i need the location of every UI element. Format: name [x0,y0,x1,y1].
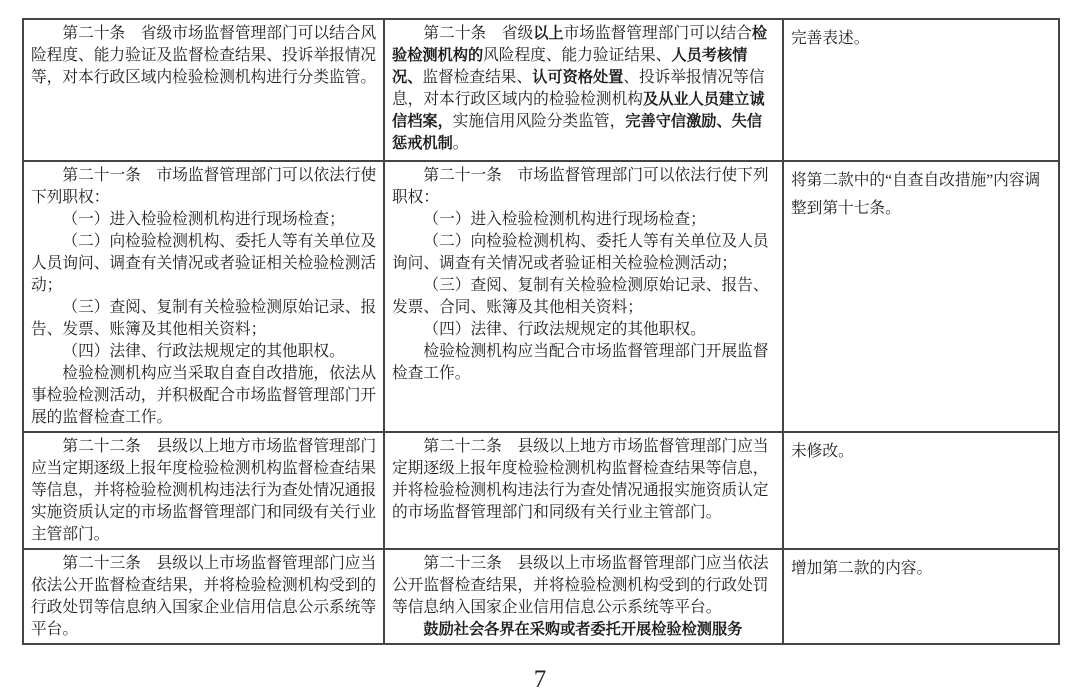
old-text-cell: 第二十二条 县级以上地方市场监督管理部门应当定期逐级上报年度检验检测机构监督检查… [23,432,384,549]
paragraph: （三）查阅、复制有关检验检测原始记录、报告、发票、账簿及其他相关资料； [31,297,378,341]
paragraph: 完善表述。 [791,23,1053,53]
paragraph: 第二十条 省级以上市场监督管理部门可以结合检验检测机构的风险程度、能力验证结果、… [392,23,777,155]
revised-text-cell: 第二十一条 市场监督管理部门可以依法行使下列职权：（一）进入检验检测机构进行现场… [384,161,783,432]
paragraph: 第二十一条 市场监督管理部门可以依法行使下列职权： [392,165,777,209]
table-row-article-21: 第二十一条 市场监督管理部门可以依法行使下列职权：（一）进入检验检测机构进行现场… [23,161,1059,432]
revised-text-cell: 第二十三条 县级以上市场监督管理部门应当依法公开监督检查结果，并将检验检测机构受… [384,549,783,644]
paragraph: （二）向检验检测机构、委托人等有关单位及人员询问、调查有关情况或者验证相关检验检… [392,231,777,275]
revision-note-cell: 增加第二款的内容。 [783,549,1059,644]
paragraph: 第二十一条 市场监督管理部门可以依法行使下列职权： [31,165,378,209]
paragraph: 第二十二条 县级以上地方市场监督管理部门应当定期逐级上报年度检验检测机构监督检查… [31,436,378,546]
paragraph: 未修改。 [791,436,1053,466]
paragraph: （二）向检验检测机构、委托人等有关单位及人员询问、调查有关情况或者验证相关检验检… [31,231,378,297]
paragraph: （四）法律、行政法规规定的其他职权。 [31,341,378,363]
paragraph: 第二十二条 县级以上地方市场监督管理部门应当定期逐级上报年度检验检测机构监督检查… [392,436,777,524]
paragraph: 鼓励社会各界在采购或者委托开展检验检测服务 [392,619,777,641]
old-text-cell: 第二十三条 县级以上市场监督管理部门应当依法公开监督检查结果，并将检验检测机构受… [23,549,384,644]
paragraph: 检验检测机构应当配合市场监督管理部门开展监督检查工作。 [392,341,777,385]
revised-text-cell: 第二十条 省级以上市场监督管理部门可以结合检验检测机构的风险程度、能力验证结果、… [384,19,783,161]
old-text-cell: 第二十一条 市场监督管理部门可以依法行使下列职权：（一）进入检验检测机构进行现场… [23,161,384,432]
paragraph: （一）进入检验检测机构进行现场检查； [31,209,378,231]
paragraph: 将第二款中的“自查自改措施”内容调整到第十七条。 [791,165,1053,223]
comparison-table-body: 第二十条 省级市场监督管理部门可以结合风险程度、能力验证及监督检查结果、投诉举报… [23,19,1059,644]
paragraph: 增加第二款的内容。 [791,553,1053,583]
paragraph: （三）查阅、复制有关检验检测原始记录、报告、发票、合同、账簿及其他相关资料； [392,275,777,319]
table-row-article-23: 第二十三条 县级以上市场监督管理部门应当依法公开监督检查结果，并将检验检测机构受… [23,549,1059,644]
revision-note-cell: 未修改。 [783,432,1059,549]
paragraph: 第二十三条 县级以上市场监督管理部门应当依法公开监督检查结果，并将检验检测机构受… [392,553,777,619]
table-row-article-22: 第二十二条 县级以上地方市场监督管理部门应当定期逐级上报年度检验检测机构监督检查… [23,432,1059,549]
revised-text-cell: 第二十二条 县级以上地方市场监督管理部门应当定期逐级上报年度检验检测机构监督检查… [384,432,783,549]
paragraph: 第二十三条 县级以上市场监督管理部门应当依法公开监督检查结果，并将检验检测机构受… [31,553,378,641]
paragraph: 检验检测机构应当采取自查自改措施，依法从事检验检测活动，并积极配合市场监督管理部… [31,363,378,429]
revision-note-cell: 完善表述。 [783,19,1059,161]
paragraph: （四）法律、行政法规规定的其他职权。 [392,319,777,341]
paragraph: 第二十条 省级市场监督管理部门可以结合风险程度、能力验证及监督检查结果、投诉举报… [31,23,378,89]
old-text-cell: 第二十条 省级市场监督管理部门可以结合风险程度、能力验证及监督检查结果、投诉举报… [23,19,384,161]
comparison-table: 第二十条 省级市场监督管理部门可以结合风险程度、能力验证及监督检查结果、投诉举报… [22,18,1060,645]
table-row-article-20: 第二十条 省级市场监督管理部门可以结合风险程度、能力验证及监督检查结果、投诉举报… [23,19,1059,161]
paragraph: （一）进入检验检测机构进行现场检查； [392,209,777,231]
document-page: 第二十条 省级市场监督管理部门可以结合风险程度、能力验证及监督检查结果、投诉举报… [0,0,1080,700]
revision-note-cell: 将第二款中的“自查自改措施”内容调整到第十七条。 [783,161,1059,432]
page-number: 7 [0,666,1080,694]
